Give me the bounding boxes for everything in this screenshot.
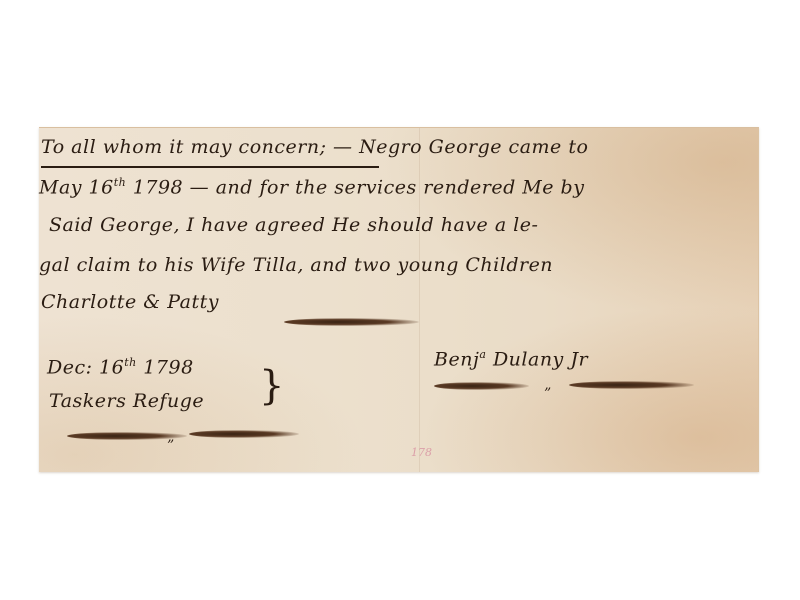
ditto-mark: ”: [167, 438, 174, 454]
letter-line-3: Said George, I have agreed He should hav…: [49, 214, 538, 236]
date-day: Dec: 16: [47, 356, 124, 378]
date-sup: th: [124, 356, 137, 369]
ink-flourish: [189, 430, 299, 438]
place-line: Taskers Refuge: [49, 390, 204, 412]
line-1-rest: — Negro George came to: [333, 136, 588, 158]
signature: Benja Dulany Jr: [434, 348, 588, 370]
date-year: 1798: [137, 356, 194, 378]
brace: }: [259, 366, 284, 406]
letter-line-4: gal claim to his Wife Tilla, and two you…: [39, 254, 553, 276]
date-line: Dec: 16th 1798: [47, 356, 194, 378]
signature-first: Benj: [434, 348, 479, 370]
line-2-date: May 16: [39, 176, 114, 198]
salutation-underline: [41, 166, 379, 168]
letter-line-5: Charlotte & Patty: [41, 291, 219, 313]
ink-flourish: [434, 382, 529, 390]
salutation: To all whom it may concern;: [41, 136, 326, 158]
line-2-sup: th: [114, 176, 127, 189]
signature-last: Dulany Jr: [486, 348, 588, 370]
letter-line-2: May 16th 1798 — and for the services ren…: [39, 176, 584, 198]
letter-paper: To all whom it may concern; — Negro Geor…: [39, 127, 759, 472]
letter-line-1: To all whom it may concern; — Negro Geor…: [41, 136, 588, 158]
pencil-note: 178: [411, 446, 432, 459]
ink-flourish: [569, 381, 694, 389]
line-2-rest: 1798 — and for the services rendered Me …: [126, 176, 584, 198]
ink-flourish: [284, 318, 419, 326]
ditto-mark: ”: [544, 386, 551, 402]
